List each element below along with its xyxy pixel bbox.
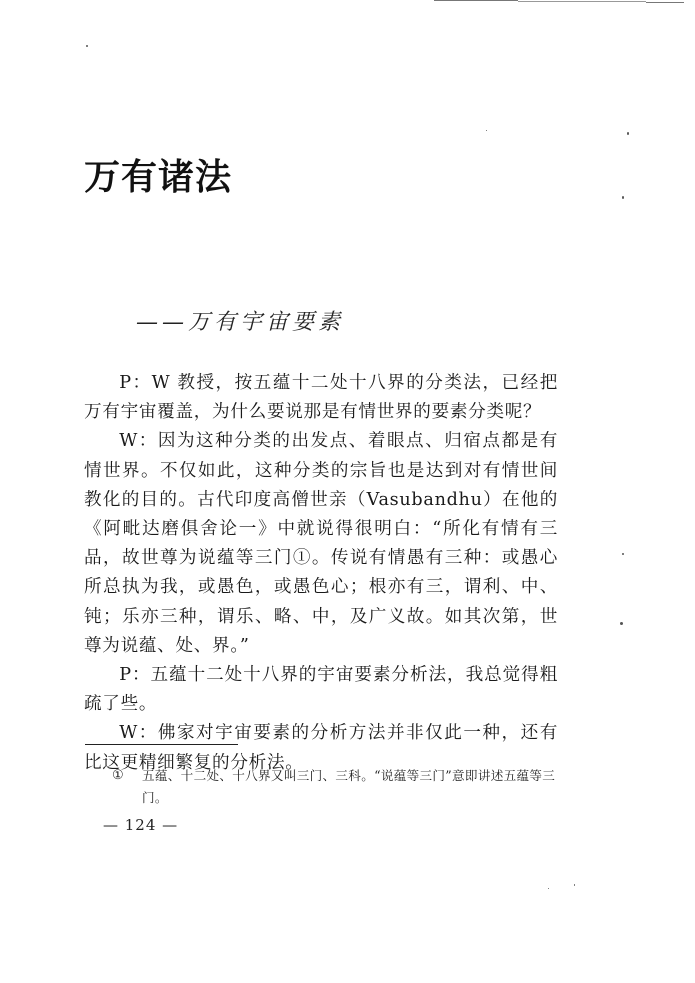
scan-speck xyxy=(86,45,88,47)
scan-speck xyxy=(574,884,575,886)
scan-speck xyxy=(486,130,487,131)
paragraph: W：因为这种分类的出发点、着眼点、归宿点都是有情世界。不仅如此，这种分类的宗旨也… xyxy=(84,427,558,661)
scan-speck xyxy=(622,553,624,555)
top-edge-line xyxy=(518,1,646,2)
footnote: ① 五蕴、十二处、十八界又叫三门、三科。“说蕴等三门”意即讲述五蕴等三门。 xyxy=(112,765,558,809)
scan-speck xyxy=(622,196,624,199)
footnote-text: 五蕴、十二处、十八界又叫三门、三科。“说蕴等三门”意即讲述五蕴等三门。 xyxy=(142,765,558,809)
top-edge-line xyxy=(434,0,518,1)
chapter-title: 万有诸法 xyxy=(84,156,232,200)
top-edge-line xyxy=(646,2,684,3)
page-number: — 124 — xyxy=(103,815,178,835)
footnote-marker: ① xyxy=(112,765,142,809)
paragraph: P：五蕴十二处十八界的宇宙要素分析法，我总觉得粗疏了些。 xyxy=(84,661,558,719)
scan-speck xyxy=(548,888,549,889)
section-subtitle: ——万有宇宙要素 xyxy=(136,308,344,338)
paragraph: P：W 教授，按五蕴十二处十八界的分类法，已经把万有宇宙覆盖，为什么要说那是有情… xyxy=(84,369,558,427)
scan-speck xyxy=(627,132,629,135)
footnote-divider xyxy=(85,744,238,745)
body-text: P：W 教授，按五蕴十二处十八界的分类法，已经把万有宇宙覆盖，为什么要说那是有情… xyxy=(84,369,558,778)
scan-speck xyxy=(620,622,623,625)
